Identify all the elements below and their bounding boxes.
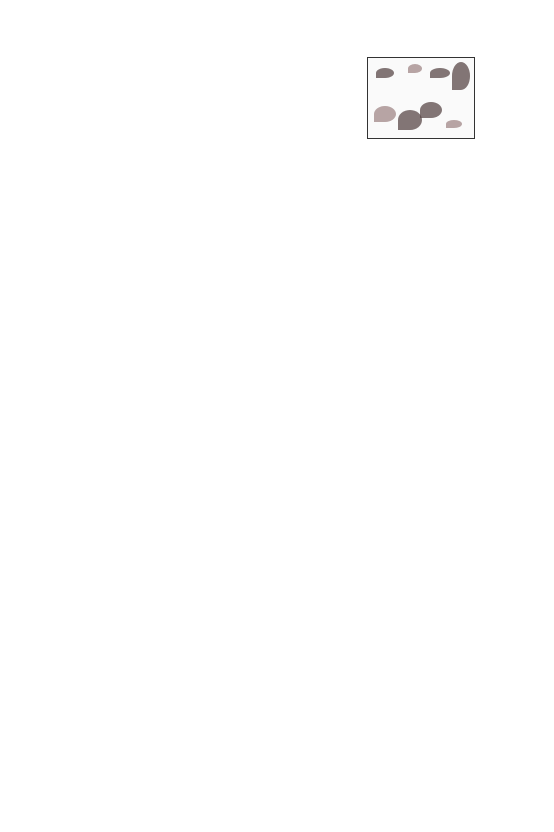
leaf-decoration: [452, 62, 470, 90]
leaf-decoration: [430, 68, 450, 78]
leaf-decoration: [398, 110, 422, 130]
leaf-decoration: [420, 102, 442, 118]
leaf-decoration: [376, 68, 394, 78]
leaf-decoration: [408, 64, 422, 73]
leaf-decoration: [446, 120, 462, 128]
jingwang-2014-figure: [367, 57, 475, 139]
leaf-decoration: [374, 106, 396, 122]
